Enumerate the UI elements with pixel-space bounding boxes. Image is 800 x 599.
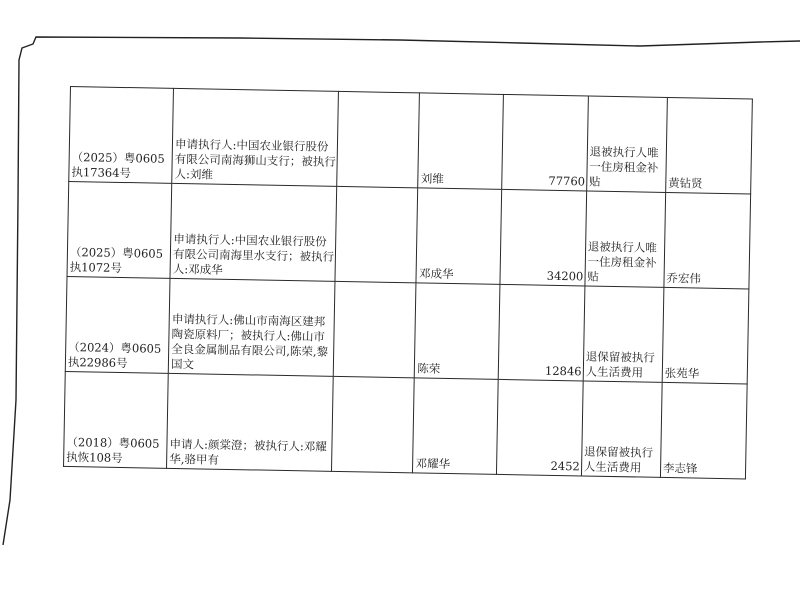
table-row: （2024）粤0605执22986号 申请执行人:佛山市南海区建邦陶瓷原料厂；被… <box>65 276 749 383</box>
person-text: 邓耀华 <box>415 456 450 471</box>
person-text: 邓成华 <box>419 266 454 281</box>
handler-text: 李志锋 <box>663 461 698 476</box>
table-row: （2018）粤0605执恢108号 申请人:颜棠澄；被执行人:邓耀华,骆甲有 邓… <box>64 371 748 478</box>
handler-cell: 张苑华 <box>662 287 749 384</box>
handler-cell: 乔宏伟 <box>664 192 751 289</box>
parties-cell: 申请执行人:中国农业银行股份有限公司南海里水支行；被执行人:邓成华 <box>170 183 337 281</box>
table-row: （2025）粤0605执1072号 申请执行人:中国农业银行股份有限公司南海里水… <box>67 181 751 288</box>
person-text: 陈荣 <box>417 361 440 375</box>
reason-text: 退保留被执行人生活费用 <box>584 444 654 474</box>
parties-text: 申请执行人:中国农业银行股份有限公司南海狮山支行；被执行人:刘维 <box>174 137 336 182</box>
amount-cell: 2452 <box>496 379 583 476</box>
case-no-text: （2024）粤0605执22986号 <box>68 340 162 370</box>
handler-text: 黄钻贤 <box>668 176 703 191</box>
case-number-cell: （2025）粤0605执1072号 <box>67 181 172 278</box>
person-cell: 刘维 <box>418 93 503 190</box>
parties-cell: 申请人:颜棠澄；被执行人:邓耀华,骆甲有 <box>167 373 334 471</box>
reason-text: 退被执行人唯一住房租金补贴 <box>587 240 657 284</box>
reason-cell: 退保留被执行人生活费用 <box>583 286 664 382</box>
handler-cell: 黄钻贤 <box>665 97 752 194</box>
blank-cell <box>334 281 417 377</box>
case-no-text: （2018）粤0605执恢108号 <box>66 435 160 465</box>
amount-text: 2452 <box>550 459 580 474</box>
person-cell: 陈荣 <box>415 283 500 380</box>
table-row: （2025）粤0605执17364号 申请执行人:中国农业银行股份有限公司南海狮… <box>69 87 753 194</box>
parties-cell: 申请执行人:佛山市南海区建邦陶瓷原料厂；被执行人:佛山市全良金属制品有限公司,陈… <box>168 278 335 376</box>
handler-cell: 李志锋 <box>660 382 747 479</box>
parties-text: 申请执行人:佛山市南海区建邦陶瓷原料厂；被执行人:佛山市全良金属制品有限公司,陈… <box>171 312 328 371</box>
reason-cell: 退被执行人唯一住房租金补贴 <box>586 96 667 192</box>
amount-cell: 12846 <box>498 284 585 381</box>
person-cell: 邓成华 <box>416 188 501 285</box>
case-number-cell: （2024）粤0605执22986号 <box>65 276 170 373</box>
reason-text: 退被执行人唯一住房租金补贴 <box>589 145 659 189</box>
amount-text: 77760 <box>548 174 585 189</box>
blank-cell <box>335 186 418 282</box>
reason-cell: 退保留被执行人生活费用 <box>581 381 662 477</box>
amount-text: 34200 <box>547 269 584 284</box>
blank-cell <box>337 91 420 187</box>
handler-text: 张苑华 <box>665 366 700 381</box>
blank-cell <box>332 376 415 472</box>
enforcement-case-table: （2025）粤0605执17364号 申请执行人:中国农业银行股份有限公司南海狮… <box>63 86 753 479</box>
amount-text: 12846 <box>545 364 582 379</box>
case-number-cell: （2018）粤0605执恢108号 <box>64 371 169 468</box>
parties-text: 申请执行人:中国农业银行股份有限公司南海里水支行；被执行人:邓成华 <box>173 232 335 277</box>
amount-cell: 77760 <box>501 94 588 191</box>
parties-text: 申请人:颜棠澄；被执行人:邓耀华,骆甲有 <box>169 437 327 467</box>
case-table-sheet: （2025）粤0605执17364号 申请执行人:中国农业银行股份有限公司南海狮… <box>63 86 754 482</box>
parties-cell: 申请执行人:中国农业银行股份有限公司南海狮山支行；被执行人:刘维 <box>172 88 339 186</box>
case-no-text: （2025）粤0605执17364号 <box>71 150 165 180</box>
reason-cell: 退被执行人唯一住房租金补贴 <box>585 191 666 287</box>
amount-cell: 34200 <box>500 189 587 286</box>
person-text: 刘维 <box>421 171 444 185</box>
case-no-text: （2025）粤0605执1072号 <box>70 245 164 275</box>
case-number-cell: （2025）粤0605执17364号 <box>69 87 174 184</box>
person-cell: 邓耀华 <box>413 378 498 475</box>
reason-text: 退保留被执行人生活费用 <box>585 349 655 379</box>
handler-text: 乔宏伟 <box>666 271 701 286</box>
